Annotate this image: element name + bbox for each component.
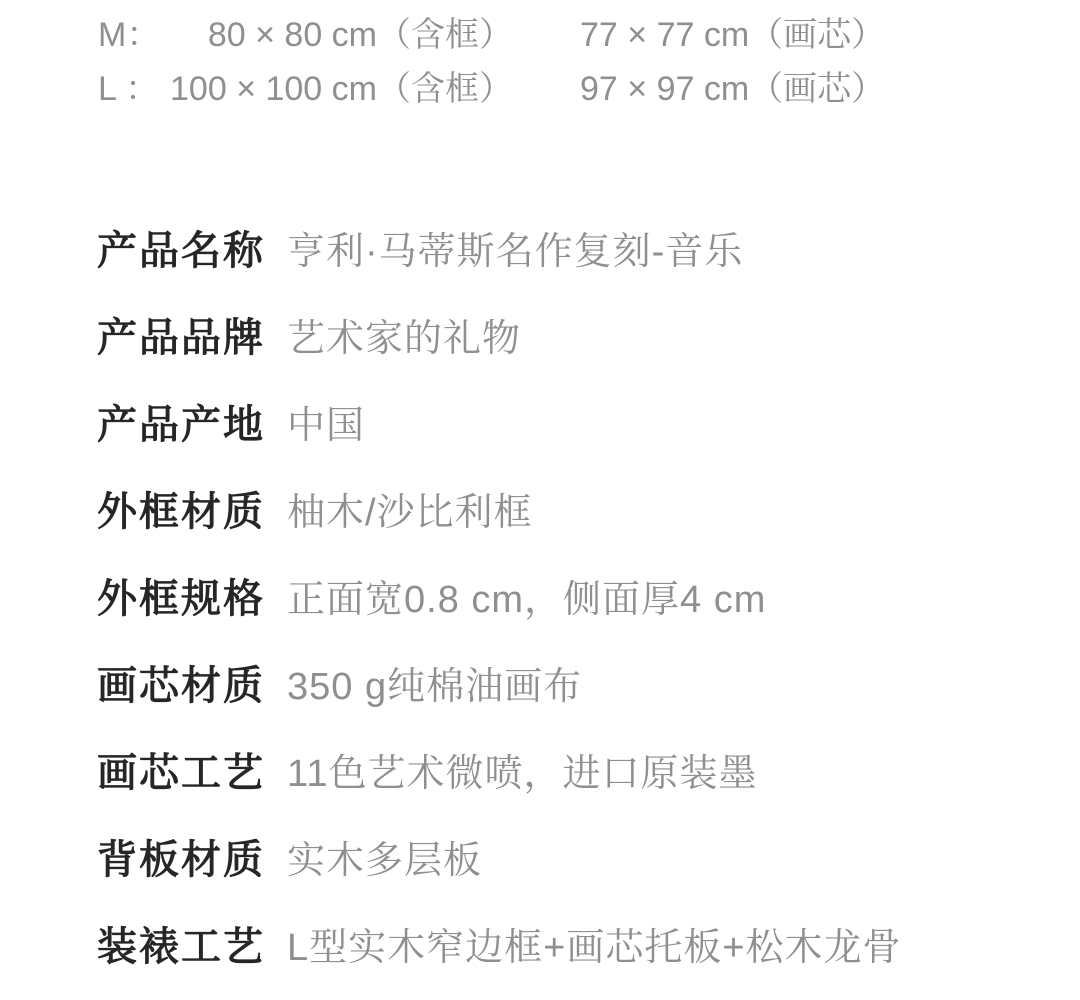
- product-spec-sheet: M： 80 × 80 cm（含框） 77 × 77 cm（画芯） L ： 100…: [0, 0, 1080, 1000]
- spec-row-print-process: 画芯工艺 11色艺术微喷，进口原装墨: [0, 726, 1080, 813]
- spec-list: 产品名称 亨利·马蒂斯名作复刻-音乐 产品品牌 艺术家的礼物 产品产地 中国 外…: [0, 204, 1080, 987]
- spec-label: 外框材质: [97, 480, 287, 537]
- size-letter: L ：: [98, 61, 156, 110]
- spec-row-product-name: 产品名称 亨利·马蒂斯名作复刻-音乐: [0, 204, 1080, 291]
- spec-value: L型实木窄边框+画芯托板+松木龙骨: [287, 916, 902, 971]
- spec-value: 中国: [287, 394, 365, 449]
- size-row-m: M： 80 × 80 cm（含框） 77 × 77 cm（画芯）: [0, 4, 1080, 58]
- size-letter: M：: [98, 7, 156, 56]
- spec-row-mounting-process: 装裱工艺 L型实木窄边框+画芯托板+松木龙骨: [0, 900, 1080, 987]
- size-with-frame: 100 × 100 cm（含框）: [156, 61, 513, 110]
- spec-label: 产品产地: [97, 393, 287, 450]
- spec-value: 350 g纯棉油画布: [287, 655, 582, 710]
- spec-row-backboard-material: 背板材质 实木多层板: [0, 813, 1080, 900]
- spec-label: 画芯工艺: [97, 741, 287, 798]
- spec-row-frame-size: 外框规格 正面宽0.8 cm，侧面厚4 cm: [0, 552, 1080, 639]
- spec-value: 柚木/沙比利框: [287, 481, 533, 536]
- spec-row-canvas-material: 画芯材质 350 g纯棉油画布: [0, 639, 1080, 726]
- spec-value: 艺术家的礼物: [287, 307, 521, 362]
- spec-label: 外框规格: [97, 567, 287, 624]
- spec-label: 背板材质: [97, 828, 287, 885]
- spec-label: 装裱工艺: [97, 915, 287, 972]
- size-row-l: L ： 100 × 100 cm（含框） 97 × 97 cm（画芯）: [0, 58, 1080, 112]
- spec-row-brand: 产品品牌 艺术家的礼物: [0, 291, 1080, 378]
- spec-label: 产品品牌: [97, 306, 287, 363]
- spec-value: 11色艺术微喷，进口原装墨: [287, 742, 757, 797]
- spec-row-frame-material: 外框材质 柚木/沙比利框: [0, 465, 1080, 552]
- spec-value: 实木多层板: [287, 829, 482, 884]
- size-options-table: M： 80 × 80 cm（含框） 77 × 77 cm（画芯） L ： 100…: [0, 0, 1080, 112]
- size-with-frame: 80 × 80 cm（含框）: [156, 7, 513, 56]
- spec-label: 产品名称: [97, 219, 287, 276]
- size-core: 77 × 77 cm（画芯）: [580, 7, 885, 56]
- spec-row-origin: 产品产地 中国: [0, 378, 1080, 465]
- spec-label: 画芯材质: [97, 654, 287, 711]
- size-core: 97 × 97 cm（画芯）: [580, 61, 885, 110]
- spec-value: 正面宽0.8 cm，侧面厚4 cm: [287, 568, 766, 623]
- spec-value: 亨利·马蒂斯名作复刻-音乐: [287, 220, 743, 275]
